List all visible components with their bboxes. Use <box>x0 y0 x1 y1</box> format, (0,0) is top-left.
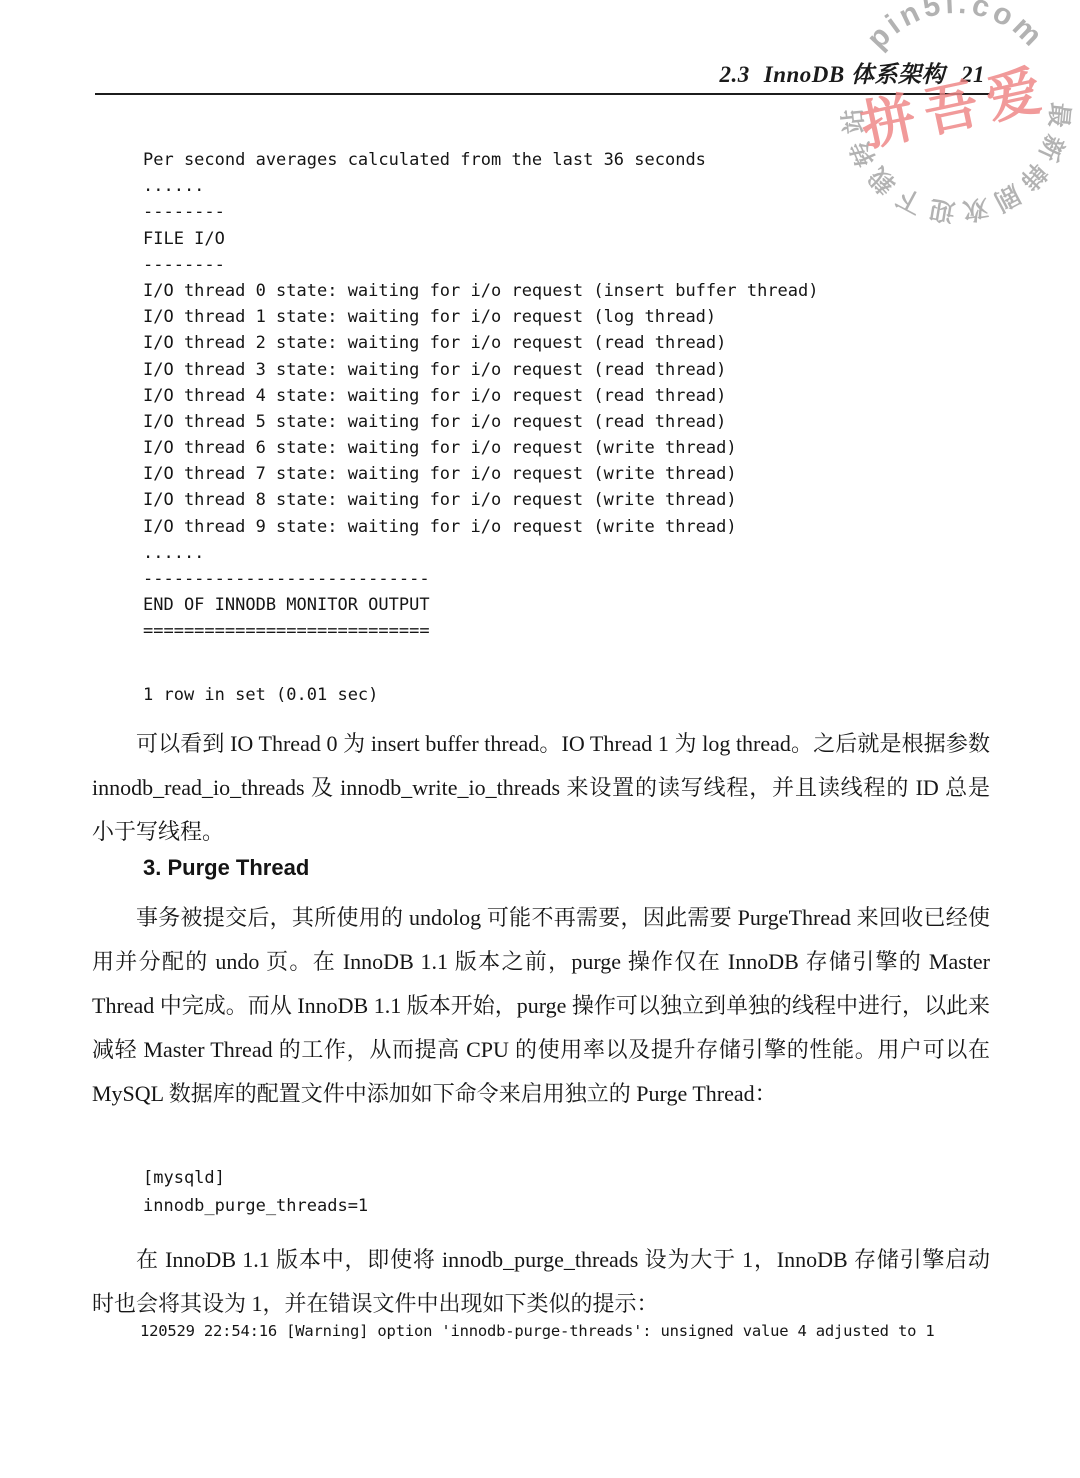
code-line: Per second averages calculated from the … <box>143 147 819 173</box>
code-line: ============================ <box>143 618 819 644</box>
code-line: I/O thread 3 state: waiting for i/o requ… <box>143 357 819 383</box>
watermark-ring-text: 最新韩剧欢迎下载转站 <box>838 101 1074 224</box>
section-title: InnoDB 体系架构 <box>764 62 945 87</box>
book-page: 2.3InnoDB 体系架构21 pin5i.com 最新韩剧欢迎下载转站 拼吾… <box>0 0 1080 1478</box>
code-line: I/O thread 1 state: waiting for i/o requ… <box>143 304 819 330</box>
page-number: 21 <box>961 62 985 87</box>
heading-purge-thread: 3. Purge Thread <box>143 855 309 881</box>
code-line: I/O thread 0 state: waiting for i/o requ… <box>143 278 819 304</box>
innodb-monitor-output-code: Per second averages calculated from the … <box>143 147 819 645</box>
code-line: innodb_purge_threads=1 <box>143 1192 368 1220</box>
section-number: 2.3 <box>720 62 750 87</box>
paragraph-io-thread: 可以看到 IO Thread 0 为 insert buffer thread。… <box>92 722 990 854</box>
code-line: END OF INNODB MONITOR OUTPUT <box>143 592 819 618</box>
code-line: -------- <box>143 252 819 278</box>
code-line: ...... <box>143 540 819 566</box>
paragraph-purge-intro: 事务被提交后，其所使用的 undolog 可能不再需要，因此需要 PurgeTh… <box>92 896 990 1116</box>
header-rule <box>95 93 990 95</box>
code-line: I/O thread 4 state: waiting for i/o requ… <box>143 383 819 409</box>
code-line: I/O thread 5 state: waiting for i/o requ… <box>143 409 819 435</box>
watermark-stamp: pin5i.com 最新韩剧欢迎下载转站 拼吾爱 <box>828 0 1080 224</box>
code-line: I/O thread 2 state: waiting for i/o requ… <box>143 330 819 356</box>
code-line: I/O thread 6 state: waiting for i/o requ… <box>143 435 819 461</box>
code-line: [mysqld] <box>143 1164 368 1192</box>
code-line: I/O thread 7 state: waiting for i/o requ… <box>143 461 819 487</box>
mysqld-config-code: [mysqld]innodb_purge_threads=1 <box>143 1164 368 1220</box>
code-line: ---------------------------- <box>143 566 819 592</box>
code-line: I/O thread 8 state: waiting for i/o requ… <box>143 487 819 513</box>
paragraph-purge-note: 在 InnoDB 1.1 版本中，即使将 innodb_purge_thread… <box>92 1238 990 1326</box>
code-line: I/O thread 9 state: waiting for i/o requ… <box>143 514 819 540</box>
code-line: ...... <box>143 173 819 199</box>
query-result-line: 1 row in set (0.01 sec) <box>143 682 378 708</box>
watermark-domain-text: pin5i.com <box>861 0 1051 55</box>
error-log-warning-line: 120529 22:54:16 [Warning] option 'innodb… <box>140 1322 934 1340</box>
page-header: 2.3InnoDB 体系架构21 <box>95 56 985 89</box>
code-line: -------- <box>143 199 819 225</box>
code-line: FILE I/O <box>143 226 819 252</box>
